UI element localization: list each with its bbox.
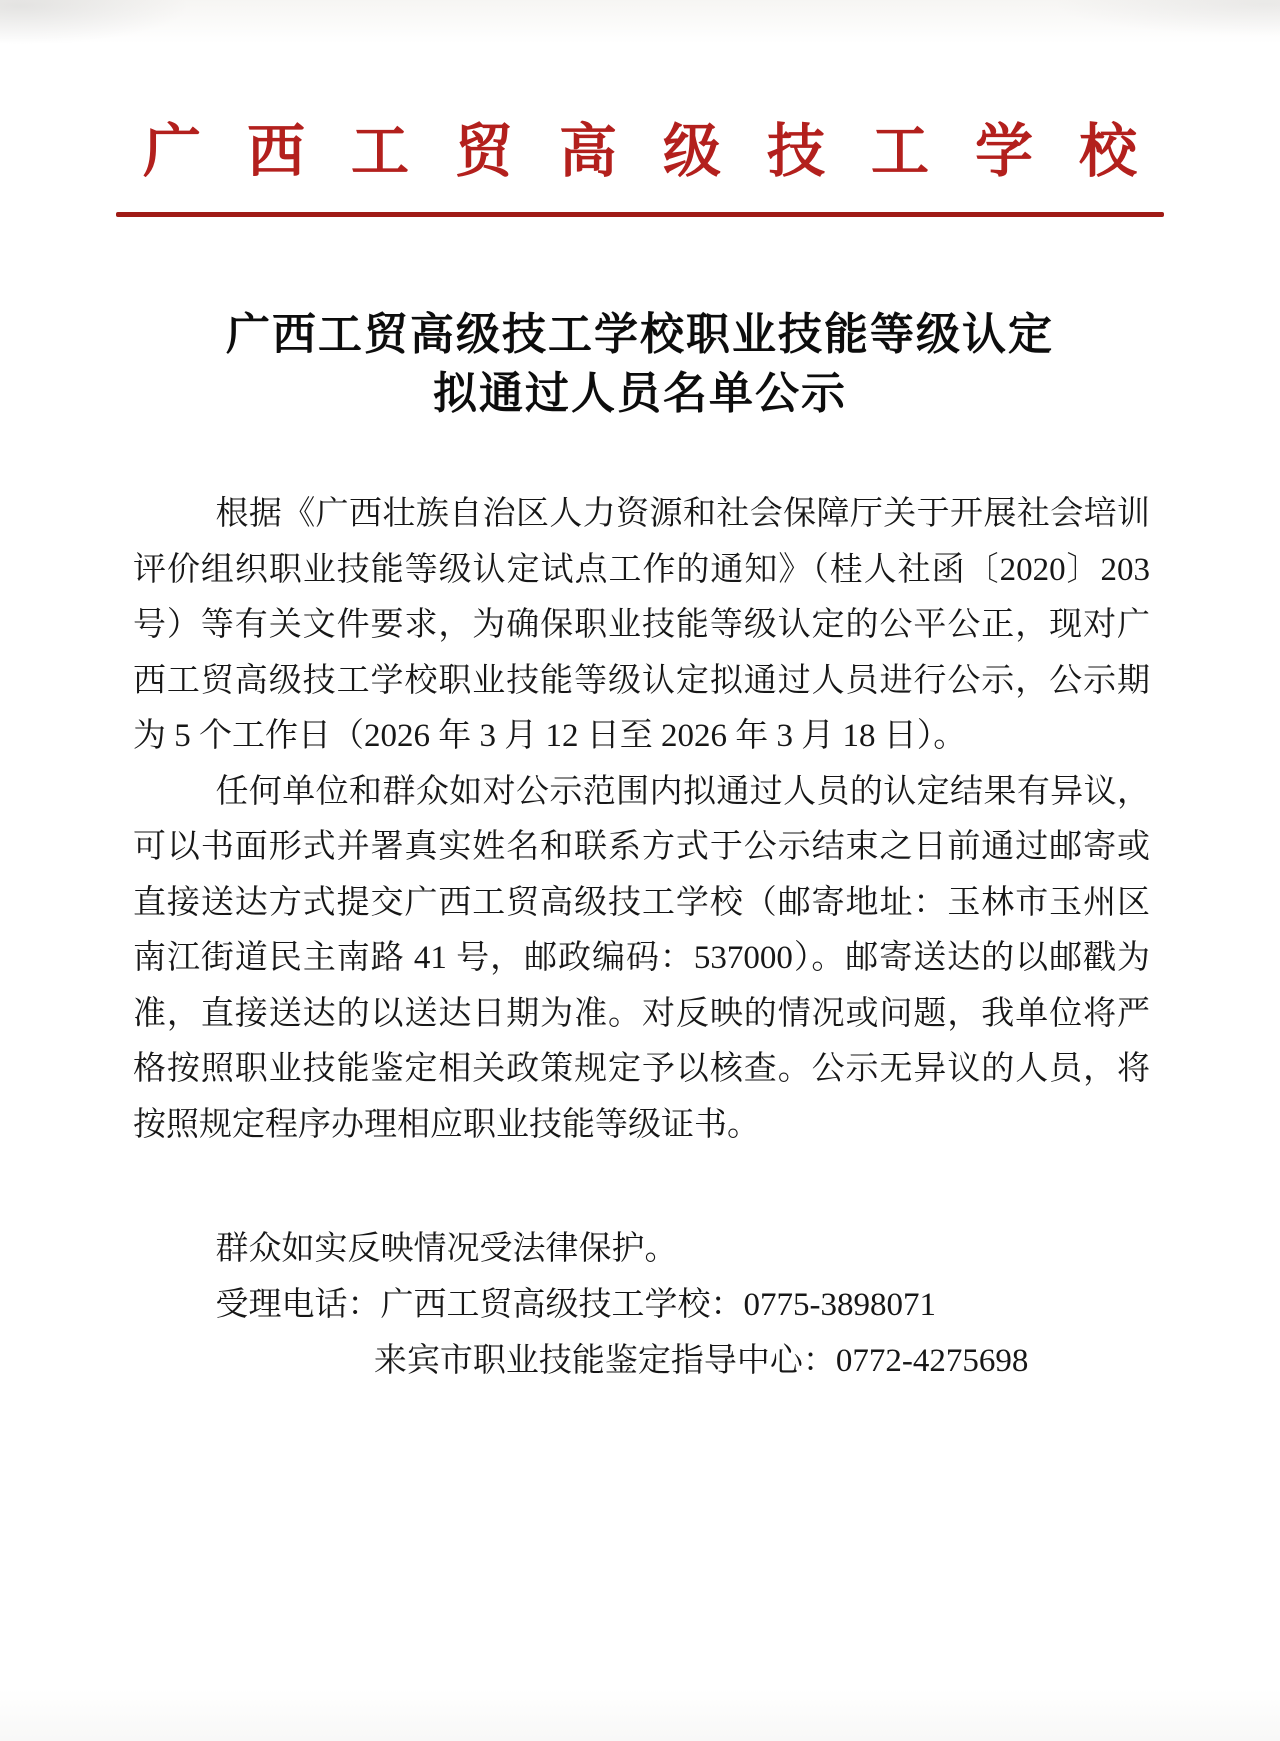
hotline-school-line: 受理电话：广西工贸高级技工学校：0775-3898071 xyxy=(133,1277,1150,1333)
letterhead: 广西工贸高级技工学校 xyxy=(0,0,1280,217)
document-body: 根据《广西壮族自治区人力资源和社会保障厅关于开展社会培训评价组织职业技能等级认定… xyxy=(133,487,1150,1153)
document-footer: 群众如实反映情况受法律保护。 受理电话：广西工贸高级技工学校：0775-3898… xyxy=(133,1221,1150,1389)
paragraph-notice-basis: 根据《广西壮族自治区人力资源和社会保障厅关于开展社会培训评价组织职业技能等级认定… xyxy=(133,487,1150,765)
letterhead-divider-line xyxy=(116,212,1164,217)
hotline-center-line: 来宾市职业技能鉴定指导中心：0772-4275698 xyxy=(133,1333,1150,1389)
school-name-header: 广西工贸高级技工学校 xyxy=(97,112,1183,192)
document-page: 广西工贸高级技工学校 广西工贸高级技工学校职业技能等级认定 拟通过人员名单公示 … xyxy=(0,0,1280,1741)
document-title: 广西工贸高级技工学校职业技能等级认定 拟通过人员名单公示 xyxy=(0,305,1280,423)
document-title-line2: 拟通过人员名单公示 xyxy=(0,364,1280,423)
legal-protection-line: 群众如实反映情况受法律保护。 xyxy=(133,1221,1150,1277)
document-title-line1: 广西工贸高级技工学校职业技能等级认定 xyxy=(0,305,1280,364)
paragraph-objection-procedure: 任何单位和群众如对公示范围内拟通过人员的认定结果有异议，可以书面形式并署真实姓名… xyxy=(133,765,1150,1154)
